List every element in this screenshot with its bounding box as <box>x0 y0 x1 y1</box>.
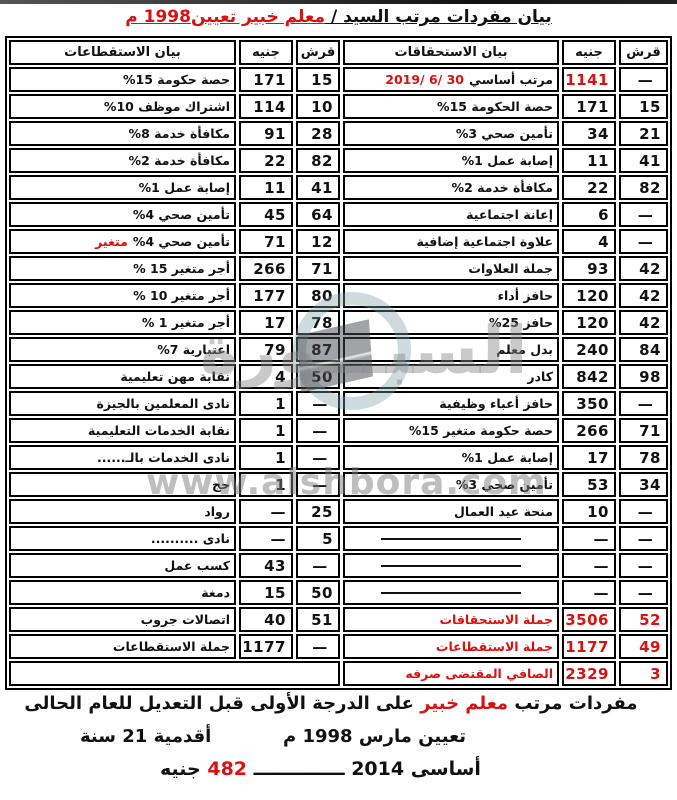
ent-piasters-cell: 84 <box>619 337 668 362</box>
ded-pounds-cell: 79 <box>239 337 293 362</box>
ent-desc-text: حصة حكومة متغير 15% <box>409 423 553 438</box>
ded-desc-text: إصابة عمل 1% <box>139 180 230 195</box>
ent-piasters-cell: — <box>619 202 668 227</box>
table-row: إصابة عمل 1%1141مكافأة خدمة 2%2282 <box>9 175 668 200</box>
ded-desc-text: نقابة مهن تعليمية <box>120 369 230 384</box>
ent-desc-text: حافز أداء <box>498 288 553 303</box>
ded-desc-text: رواد <box>204 504 230 519</box>
salary-table-body: حصة حكومة 15%17115مرتب أساسي2019/ 6/ 301… <box>9 67 668 686</box>
table-row: مكافأة خدمة 2%2282إصابة عمل 1%1141 <box>9 148 668 173</box>
footer-line1: مفردات مرتب معلم خبير على الدرجة الأولى … <box>0 693 662 714</box>
footer-seniority: أقدمية 21 سنة <box>80 726 211 747</box>
ded-desc-cell: نادى المعلمين بالجيزة <box>9 391 236 416</box>
ded-desc-cell: أجر متغير 10 % <box>9 283 236 308</box>
ded-pounds-cell: 45 <box>239 202 293 227</box>
ded-piasters-cell: — <box>296 445 340 470</box>
ent-desc-text: الصافي المقتضى صرفه <box>405 666 553 681</box>
ent-pounds-cell: 11 <box>562 148 616 173</box>
ded-piasters-cell: 51 <box>296 607 340 632</box>
header-entitlements-desc: بيان الاستحقاقات <box>343 40 559 65</box>
ded-piasters-cell: 25 <box>296 499 340 524</box>
table-row: جملة الاستقطاعات1177—جملة الاستقطاعات117… <box>9 634 668 659</box>
ent-desc-cell: حافز أعباء وظيفية <box>343 391 559 416</box>
ent-pounds-cell: 6 <box>562 202 616 227</box>
ent-desc-cell: تأمين صحي 3% <box>343 472 559 497</box>
ded-piasters-cell: — <box>296 553 340 578</box>
ded-desc-text: نقابة الخدمات التعليمية <box>88 423 230 438</box>
ent-pounds-cell: 120 <box>562 310 616 335</box>
ent-pounds-cell: — <box>562 553 616 578</box>
ded-piasters-cell: 28 <box>296 121 340 146</box>
ded-desc-text: أجر متغير 10 % <box>133 288 230 303</box>
ded-piasters-cell: — <box>296 634 340 659</box>
ent-pounds-cell: 1141 <box>562 67 616 92</box>
table-row: مكافأة خدمة 8%9128تأمين صحي 3%3421 <box>9 121 668 146</box>
ded-desc-cell: نادى الخدمات بالـ...... <box>9 445 236 470</box>
ent-piasters-cell: — <box>619 580 668 605</box>
ent-desc-cell: حصة الحكومة 15% <box>343 94 559 119</box>
ent-piasters-cell: 21 <box>619 121 668 146</box>
footer-basic-dash: ــــــــــــــ <box>254 758 345 780</box>
ent-desc-text: إعانة اجتماعية <box>466 207 553 222</box>
footer-hire-date: تعيين مارس 1998 م <box>283 726 466 747</box>
salary-table: بيان الاستقطاعات جنيه قرش بيان الاستحقاق… <box>5 36 672 690</box>
ent-piasters-cell: — <box>619 67 668 92</box>
ent-desc-text: تأمين صحي 3% <box>456 126 553 141</box>
ent-piasters-cell: 98 <box>619 364 668 389</box>
ent-desc-cell: جملة الاستقطاعات <box>343 634 559 659</box>
footer-line1-a: مفردات مرتب <box>508 693 637 714</box>
table-row: نقابة مهن تعليمية450كادر84298 <box>9 364 668 389</box>
ent-piasters-cell: — <box>619 499 668 524</box>
ent-desc-cell: حصة حكومة متغير 15% <box>343 418 559 443</box>
ent-desc-cell: علاوة اجتماعية إضافية <box>343 229 559 254</box>
ent-desc-cell: كادر <box>343 364 559 389</box>
ded-desc-cell: إصابة عمل 1% <box>9 175 236 200</box>
ent-desc-cell: الصافي المقتضى صرفه <box>343 661 559 686</box>
ded-desc-text: تأمين صحي 4% <box>133 207 230 222</box>
ded-desc-text: أجر متغير 1 % <box>142 315 230 330</box>
ded-pounds-cell: 4 <box>239 364 293 389</box>
ent-desc-text: إصابة عمل 1% <box>462 450 553 465</box>
dash-line <box>381 565 521 567</box>
ent-piasters-cell: 3 <box>619 661 668 686</box>
ded-pounds-cell: 91 <box>239 121 293 146</box>
dash-line <box>381 538 521 540</box>
ded-desc-text: نادى .......... <box>151 531 230 546</box>
table-row: الصافي المقتضى صرفه23293 <box>9 661 668 686</box>
ded-desc-text: حج <box>212 477 230 492</box>
ent-pounds-cell: 53 <box>562 472 616 497</box>
header-pounds-right: جنيه <box>562 40 616 65</box>
title-red-part: معلم خبير تعيين1998 م <box>125 7 325 27</box>
ent-desc-cell <box>343 580 559 605</box>
ent-piasters-cell: — <box>619 229 668 254</box>
ded-desc-cell: حج <box>9 472 236 497</box>
ent-desc-cell: إصابة عمل 1% <box>343 445 559 470</box>
ent-pounds-cell: 4 <box>562 229 616 254</box>
ded-piasters-cell: 5 <box>296 526 340 551</box>
ded-desc-cell: نقابة الخدمات التعليمية <box>9 418 236 443</box>
table-row: تأمين صحي 4%متغير7112علاوة اجتماعية إضاف… <box>9 229 668 254</box>
ent-desc-text: إصابة عمل 1% <box>462 153 553 168</box>
ent-desc-text: جملة العلاوات <box>468 261 553 276</box>
ded-desc-cell: كسب عمل <box>9 553 236 578</box>
ded-pounds-cell: 171 <box>239 67 293 92</box>
table-row: كسب عمل43——— <box>9 553 668 578</box>
ded-pounds-cell: 43 <box>239 553 293 578</box>
ded-desc-text: اتصالات جروب <box>141 612 230 627</box>
ded-piasters-cell: 87 <box>296 337 340 362</box>
ded-desc-cell: رواد <box>9 499 236 524</box>
ded-piasters-cell: — <box>296 418 340 443</box>
ent-piasters-cell: — <box>619 391 668 416</box>
ded-desc-cell: تأمين صحي 4% <box>9 202 236 227</box>
title-black-part: بيان مفردات مرتب السيد / <box>325 7 552 27</box>
ded-piasters-cell: — <box>296 391 340 416</box>
ded-pounds-cell: 1 <box>239 445 293 470</box>
table-row: تأمين صحي 4%4564إعانة اجتماعية6— <box>9 202 668 227</box>
ent-desc-text: منحة عيد العمال <box>454 504 553 519</box>
table-row: أجر متغير 15 %26671جملة العلاوات9342 <box>9 256 668 281</box>
ded-piasters-cell: 82 <box>296 148 340 173</box>
ent-piasters-cell: — <box>619 526 668 551</box>
ded-pounds-cell: 1177 <box>239 634 293 659</box>
ent-desc-text: كادر <box>527 369 553 384</box>
footer-basic-red: 482 <box>201 758 254 780</box>
ent-piasters-cell: — <box>619 553 668 578</box>
ded-pounds-cell: — <box>239 526 293 551</box>
footer-basic-salary: أساسى 2014 ــــــــــــــ 482 جنيه <box>160 758 481 780</box>
ded-piasters-cell: 50 <box>296 364 340 389</box>
ent-desc-cell: بدل معلم <box>343 337 559 362</box>
ded-desc-text: نادى الخدمات بالـ...... <box>97 450 230 465</box>
ent-piasters-cell: 41 <box>619 148 668 173</box>
ent-pounds-cell: 2329 <box>562 661 616 686</box>
ded-pounds-cell: 11 <box>239 175 293 200</box>
ent-pounds-cell: 171 <box>562 94 616 119</box>
ent-desc-text: حافز 25% <box>489 315 553 330</box>
ded-desc-cell: دمغة <box>9 580 236 605</box>
ded-desc-cell: أجر متغير 15 % <box>9 256 236 281</box>
ded-desc-cell: جملة الاستقطاعات <box>9 634 236 659</box>
ded-pounds-cell: 177 <box>239 283 293 308</box>
footer-basic-a: أساسى 2014 <box>345 758 481 780</box>
ent-piasters-cell: 15 <box>619 94 668 119</box>
table-row: نادى المعلمين بالجيزة1—حافز أعباء وظيفية… <box>9 391 668 416</box>
ent-piasters-cell: 78 <box>619 445 668 470</box>
document-title: بيان مفردات مرتب السيد / معلم خبير تعيين… <box>0 7 677 27</box>
table-row: اشتراك موظف 10%11410حصة الحكومة 15%17115 <box>9 94 668 119</box>
ent-pounds-cell: 17 <box>562 445 616 470</box>
header-piasters-right: قرش <box>619 40 668 65</box>
ded-piasters-cell: 78 <box>296 310 340 335</box>
ded-desc-cell: أجر متغير 1 % <box>9 310 236 335</box>
footer-line1-red: معلم خبير <box>420 693 508 714</box>
header-deductions-desc: بيان الاستقطاعات <box>9 40 236 65</box>
ent-pounds-cell: 10 <box>562 499 616 524</box>
deduction-empty-cell <box>9 661 340 686</box>
ent-desc-cell: مكافأة خدمة 2% <box>343 175 559 200</box>
ent-piasters-cell: 42 <box>619 310 668 335</box>
ded-piasters-cell: 10 <box>296 94 340 119</box>
ded-pounds-cell: — <box>239 499 293 524</box>
ded-piasters-cell: 80 <box>296 283 340 308</box>
ded-desc-text: تأمين صحي 4% <box>133 234 230 249</box>
table-row: نادى الخدمات بالـ......1—إصابة عمل 1%177… <box>9 445 668 470</box>
ded-pounds-cell: 17 <box>239 310 293 335</box>
ded-piasters-cell: 64 <box>296 202 340 227</box>
ded-pounds-cell: 1 <box>239 418 293 443</box>
ded-piasters-cell: 71 <box>296 256 340 281</box>
ent-desc-cell: جملة العلاوات <box>343 256 559 281</box>
ded-desc-cell: اشتراك موظف 10% <box>9 94 236 119</box>
ent-pounds-cell: 1177 <box>562 634 616 659</box>
ent-desc-text: حصة الحكومة 15% <box>437 99 553 114</box>
ent-piasters-cell: 42 <box>619 283 668 308</box>
ent-desc-cell: حافز 25% <box>343 310 559 335</box>
ded-pounds-cell: 22 <box>239 148 293 173</box>
ent-pounds-cell: 842 <box>562 364 616 389</box>
ent-piasters-cell: 42 <box>619 256 668 281</box>
table-row: رواد—25منحة عيد العمال10— <box>9 499 668 524</box>
ent-pounds-cell: — <box>562 526 616 551</box>
ded-desc-text: مكافأة خدمة 8% <box>129 126 230 141</box>
header-pounds-left: جنيه <box>239 40 293 65</box>
ded-piasters-cell: 12 <box>296 229 340 254</box>
ent-desc-cell: إعانة اجتماعية <box>343 202 559 227</box>
ded-desc-red-text: متغير <box>95 234 128 249</box>
ent-desc-cell: حافز أداء <box>343 283 559 308</box>
ded-desc-text: جملة الاستقطاعات <box>113 639 230 654</box>
ded-desc-text: كسب عمل <box>164 558 230 573</box>
ded-pounds-cell: 114 <box>239 94 293 119</box>
ded-piasters-cell: — <box>296 472 340 497</box>
table-row: نقابة الخدمات التعليمية1—حصة حكومة متغير… <box>9 418 668 443</box>
dash-line <box>381 592 521 594</box>
table-row: اتصالات جروب4051جملة الاستحقاقات350652 <box>9 607 668 632</box>
table-row: أجر متغير 10 %17780حافز أداء12042 <box>9 283 668 308</box>
ded-desc-text: مكافأة خدمة 2% <box>129 153 230 168</box>
ent-desc-red-text: 2019/ 6/ 30 <box>385 72 464 87</box>
table-row: حج1—تأمين صحي 3%5334 <box>9 472 668 497</box>
ded-pounds-cell: 1 <box>239 391 293 416</box>
ent-pounds-cell: 266 <box>562 418 616 443</box>
table-header-row: بيان الاستقطاعات جنيه قرش بيان الاستحقاق… <box>9 40 668 65</box>
ded-desc-cell: نقابة مهن تعليمية <box>9 364 236 389</box>
footer-line1-b: على الدرجة الأولى قبل التعديل للعام الحا… <box>24 693 420 714</box>
ded-desc-cell: مكافأة خدمة 2% <box>9 148 236 173</box>
ent-desc-text: جملة الاستحقاقات <box>439 612 553 627</box>
ent-desc-cell: إصابة عمل 1% <box>343 148 559 173</box>
ent-desc-cell: تأمين صحي 3% <box>343 121 559 146</box>
ded-desc-cell: نادى .......... <box>9 526 236 551</box>
ent-desc-cell: منحة عيد العمال <box>343 499 559 524</box>
ded-piasters-cell: 15 <box>296 67 340 92</box>
header-piasters-left: قرش <box>296 40 340 65</box>
table-row: اعتبارية 7%7987بدل معلم24084 <box>9 337 668 362</box>
ded-desc-cell: اتصالات جروب <box>9 607 236 632</box>
ent-pounds-cell: 34 <box>562 121 616 146</box>
table-row: أجر متغير 1 %1778حافز 25%12042 <box>9 310 668 335</box>
top-border-line <box>0 0 677 4</box>
ent-pounds-cell: 93 <box>562 256 616 281</box>
ded-desc-text: دمغة <box>201 585 230 600</box>
ent-pounds-cell: 240 <box>562 337 616 362</box>
ent-desc-text: حافز أعباء وظيفية <box>439 396 553 411</box>
ded-desc-cell: مكافأة خدمة 8% <box>9 121 236 146</box>
table-row: حصة حكومة 15%17115مرتب أساسي2019/ 6/ 301… <box>9 67 668 92</box>
ent-pounds-cell: — <box>562 580 616 605</box>
ent-piasters-cell: 71 <box>619 418 668 443</box>
ded-pounds-cell: 1 <box>239 472 293 497</box>
ded-desc-cell: حصة حكومة 15% <box>9 67 236 92</box>
ent-desc-cell: جملة الاستحقاقات <box>343 607 559 632</box>
ent-piasters-cell: 52 <box>619 607 668 632</box>
ded-desc-text: اشتراك موظف 10% <box>104 99 230 114</box>
ded-desc-text: حصة حكومة 15% <box>123 72 230 87</box>
ent-pounds-cell: 120 <box>562 283 616 308</box>
ent-desc-text: بدل معلم <box>496 342 553 357</box>
table-row: دمغة1550—— <box>9 580 668 605</box>
ent-desc-text: تأمين صحي 3% <box>456 477 553 492</box>
footer-basic-b: جنيه <box>160 758 201 780</box>
ent-piasters-cell: 49 <box>619 634 668 659</box>
ded-desc-text: اعتبارية 7% <box>157 342 230 357</box>
ent-piasters-cell: 82 <box>619 175 668 200</box>
ent-desc-text: مرتب أساسي <box>469 72 553 87</box>
ent-desc-text: علاوة اجتماعية إضافية <box>417 234 554 249</box>
ded-desc-cell: اعتبارية 7% <box>9 337 236 362</box>
ent-desc-text: مكافأة خدمة 2% <box>452 180 553 195</box>
ded-pounds-cell: 71 <box>239 229 293 254</box>
ent-pounds-cell: 3506 <box>562 607 616 632</box>
ent-pounds-cell: 22 <box>562 175 616 200</box>
ent-piasters-cell: 34 <box>619 472 668 497</box>
table-row: نادى ..........—5—— <box>9 526 668 551</box>
ent-desc-cell: مرتب أساسي2019/ 6/ 30 <box>343 67 559 92</box>
ded-desc-text: أجر متغير 15 % <box>133 261 230 276</box>
ded-desc-text: نادى المعلمين بالجيزة <box>96 396 230 411</box>
ded-pounds-cell: 15 <box>239 580 293 605</box>
ded-pounds-cell: 40 <box>239 607 293 632</box>
ent-desc-cell <box>343 526 559 551</box>
ent-pounds-cell: 350 <box>562 391 616 416</box>
ent-desc-cell <box>343 553 559 578</box>
ded-pounds-cell: 266 <box>239 256 293 281</box>
ded-desc-cell: تأمين صحي 4%متغير <box>9 229 236 254</box>
ded-piasters-cell: 50 <box>296 580 340 605</box>
ded-piasters-cell: 41 <box>296 175 340 200</box>
ent-desc-text: جملة الاستقطاعات <box>436 639 553 654</box>
